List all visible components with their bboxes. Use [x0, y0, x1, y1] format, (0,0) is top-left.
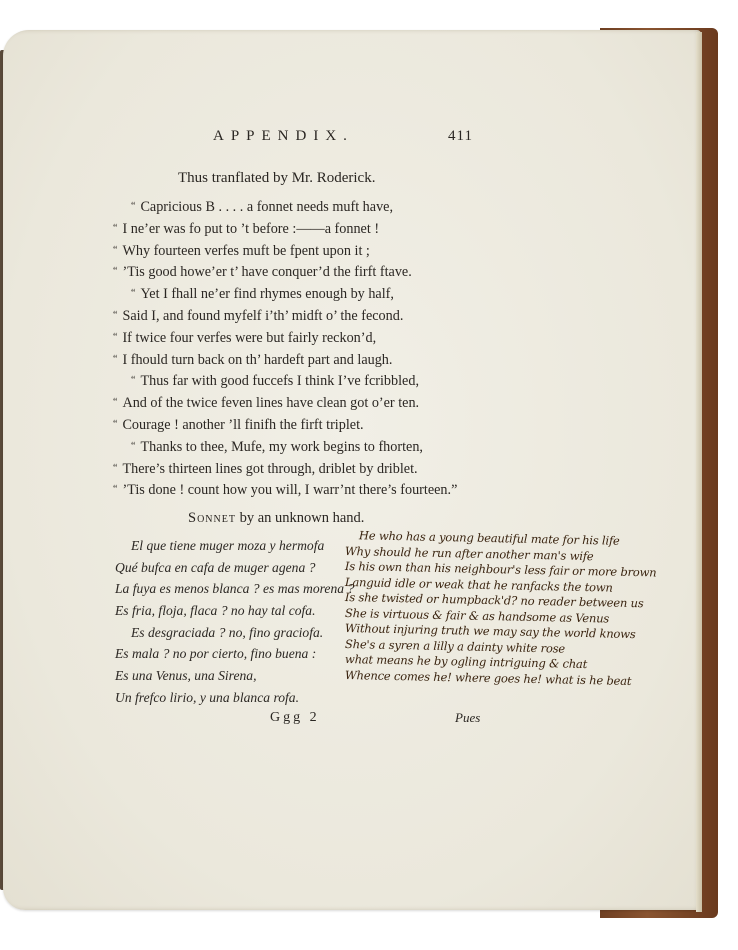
verse-text: Capricious B . . . . a fonnet needs muft… — [140, 199, 393, 215]
verse-line: “Why fourteen verfes muft be fpent upon … — [113, 240, 513, 262]
verse-text: Yet I fhall ne’er find rhymes enough by … — [140, 286, 393, 302]
verse-text: I fhould turn back on th’ hardeft part a… — [122, 352, 392, 368]
verse-line: “I ne’er was fo put to ’t before :——a fo… — [113, 218, 513, 240]
verse-text: And of the twice feven lines have clean … — [122, 395, 419, 411]
quote-mark: “ — [113, 354, 117, 365]
verse-text: Thanks to thee, Mufe, my work begins to … — [140, 439, 423, 455]
verse-line: “I fhould turn back on th’ hardeft part … — [113, 349, 513, 371]
verse-text: Why fourteen verfes muft be fpent upon i… — [122, 243, 369, 259]
verse-line: “Said I, and found myfelf i’th’ midft o’… — [113, 305, 513, 327]
signature-mark: Ggg 2 — [270, 710, 320, 726]
quote-mark: “ — [113, 245, 117, 256]
quote-mark: “ — [113, 266, 117, 277]
verse-text: There’s thirteen lines got through, drib… — [122, 461, 417, 477]
verse-line: “Capricious B . . . . a fonnet needs muf… — [113, 196, 513, 218]
verse-line: “And of the twice feven lines have clean… — [113, 392, 513, 414]
quote-mark: “ — [131, 201, 135, 212]
quote-mark: “ — [113, 484, 117, 495]
verse-text: I ne’er was fo put to ’t before :——a fon… — [122, 221, 379, 237]
quote-mark: “ — [113, 332, 117, 343]
verse-line: “’Tis good howe’er t’ have conquer’d the… — [113, 261, 513, 283]
sonnet-word: Sonnet — [188, 510, 236, 526]
quote-mark: “ — [113, 463, 117, 474]
sonnet-heading-rest: by an unknown hand. — [236, 510, 364, 526]
quote-mark: “ — [131, 288, 135, 299]
verse-line: “’Tis done ! count how you will, I warr’… — [113, 479, 513, 501]
quote-mark: “ — [113, 419, 117, 430]
sonnet-line: Es mala ? no por cierto, fino buena : — [115, 643, 354, 665]
sonnet-line: Qué bufca en cafa de muger agena ? — [115, 557, 354, 579]
verse-text: Thus far with good fuccefs I think I’ve … — [140, 373, 419, 389]
handwritten-annotation: He who has a young beautiful mate for hi… — [345, 528, 657, 683]
verse-text: ’Tis good howe’er t’ have conquer’d the … — [122, 264, 411, 280]
quote-mark: “ — [113, 310, 117, 321]
verse-text: Courage ! another ’ll finifh the firft t… — [122, 417, 363, 433]
verse-line: “Courage ! another ’ll finifh the firft … — [113, 414, 513, 436]
verse-text: If twice four verfes were but fairly rec… — [122, 330, 376, 346]
quote-mark: “ — [131, 441, 135, 452]
verse-line: “There’s thirteen lines got through, dri… — [113, 458, 513, 480]
sonnet-line: El que tiene muger moza y hermofa — [115, 535, 354, 557]
verse-line: “Thus far with good fuccefs I think I’ve… — [113, 370, 513, 392]
sonnet-line: La fuya es menos blanca ? es mas morena … — [115, 578, 354, 600]
quote-mark: “ — [131, 375, 135, 386]
verse-text: Said I, and found myfelf i’th’ midft o’ … — [122, 308, 403, 324]
verse-line: “If twice four verfes were but fairly re… — [113, 327, 513, 349]
sonnet-heading: Sonnet by an unknown hand. — [188, 510, 364, 527]
verse-text: ’Tis done ! count how you will, I warr’n… — [122, 482, 457, 498]
verse-line: “Thanks to thee, Mufe, my work begins to… — [113, 436, 513, 458]
sonnet-line: Es una Venus, una Sirena, — [115, 665, 354, 687]
quote-mark: “ — [113, 397, 117, 408]
translation-verse: “Capricious B . . . . a fonnet needs muf… — [113, 196, 513, 501]
quote-mark: “ — [113, 223, 117, 234]
sonnet-line: Un frefco lirio, y una blanca rofa. — [115, 687, 354, 709]
spanish-sonnet: El que tiene muger moza y hermofaQué buf… — [115, 535, 354, 709]
sonnet-line: Es fria, floja, flaca ? no hay tal cofa. — [115, 600, 354, 622]
running-head: APPENDIX. — [213, 128, 354, 145]
translation-heading: Thus tranflated by Mr. Roderick. — [178, 170, 375, 187]
catchword: Pues — [455, 710, 480, 726]
page-fore-edge — [696, 32, 702, 912]
verse-line: “Yet I fhall ne’er find rhymes enough by… — [113, 283, 513, 305]
page-number: 411 — [448, 128, 473, 145]
sonnet-line: Es desgraciada ? no, fino graciofa. — [115, 622, 354, 644]
